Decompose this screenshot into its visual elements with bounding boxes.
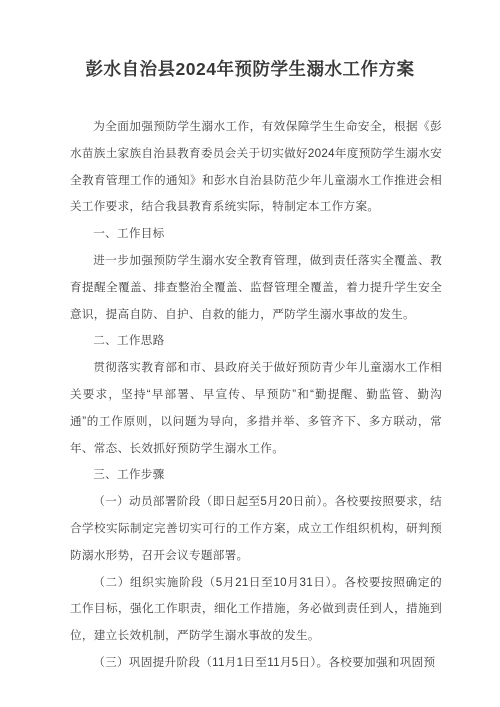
paragraph: 为全面加强预防学生溺水工作，有效保障学生生命安全，根据《彭水苗族土家族自治县教育… — [70, 114, 442, 221]
document-body: 为全面加强预防学生溺水工作，有效保障学生生命安全，根据《彭水苗族土家族自治县教育… — [70, 114, 442, 677]
paragraph: （三）巩固提升阶段（11月1日至11月5日）。各校要加强和巩固预 — [70, 650, 442, 677]
paragraph: （一）动员部署阶段（即日起至5月20日前）。各校要按照要求，结合学校实际制定完善… — [70, 489, 442, 569]
document-page: 彭水自治县2024年预防学生溺水工作方案 为全面加强预防学生溺水工作，有效保障学… — [0, 0, 500, 707]
section-heading: 一、工作目标 — [70, 221, 442, 248]
section-heading: 二、工作思路 — [70, 328, 442, 355]
paragraph: 进一步加强预防学生溺水安全教育管理，做到责任落实全覆盖、教育提醒全覆盖、排查整治… — [70, 248, 442, 328]
paragraph: 贯彻落实教育部和市、县政府关于做好预防青少年儿童溺水工作相关要求，坚持“早部署、… — [70, 355, 442, 462]
document-title: 彭水自治县2024年预防学生溺水工作方案 — [0, 0, 500, 83]
section-heading: 三、工作步骤 — [70, 462, 442, 489]
paragraph: （二）组织实施阶段（5月21日至10月31日）。各校要按照确定的工作目标，强化工… — [70, 570, 442, 650]
